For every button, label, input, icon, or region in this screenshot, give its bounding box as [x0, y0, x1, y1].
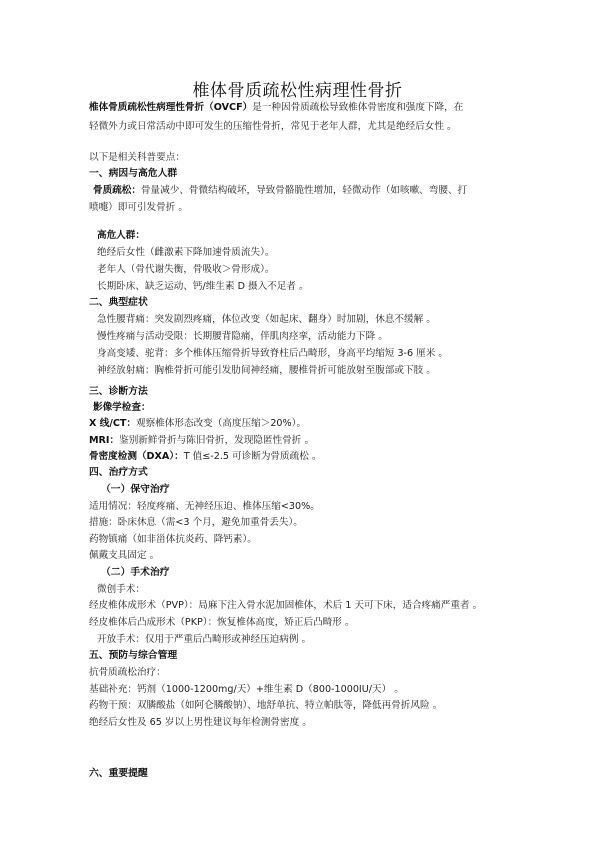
section-heading-5: 五、预防与综合管理 [89, 650, 177, 662]
conservative-item: 药物镇痛（如非甾体抗炎药、降钙素）。 [89, 534, 257, 546]
conservative-item: 佩戴支具固定 。 [89, 550, 159, 562]
conservative-item: 适用情况：轻度疼痛、无神经压迫、椎体压缩<30%。 [89, 501, 320, 513]
diagnosis-item: MRI：鉴别新鲜骨折与陈旧骨折，发现隐匿性骨折 。 [89, 435, 314, 447]
surgical-item: 经皮椎体后凸成形术（PKP）：恢复椎体高度，矫正后凸畸形 。 [89, 617, 355, 629]
intro-line-1: 椎体骨质疏松性病理性骨折（OVCF）是一种因骨质疏松导致椎体骨密度和强度下降，在 [89, 102, 463, 114]
prevention-lead: 抗骨质疏松治疗： [89, 667, 166, 679]
intro-text-1: 是一种因骨质疏松导致椎体骨密度和强度下降，在 [252, 102, 463, 113]
symptom-item: 身高变矮、驼背：多个椎体压缩骨折导致脊柱后凸畸形，身高平均缩短 3-6 厘米 。 [97, 348, 448, 360]
cause-label: 骨质疏松： [93, 185, 141, 196]
risk-label: 高危人群： [97, 230, 145, 242]
diagnosis-item-text: 鉴别新鲜骨折与陈旧骨折，发现隐匿性骨折 。 [119, 435, 314, 446]
document-page: 椎体骨质疏松性病理性骨折 椎体骨质疏松性病理性骨折（OVCF）是一种因骨质疏松导… [0, 0, 595, 841]
risk-item: 老年人（骨代谢失衡，骨吸收＞骨形成）。 [97, 264, 274, 276]
page-title: 椎体骨质疏松性病理性骨折 [0, 76, 595, 101]
intro-bold-term: 椎体骨质疏松性病理性骨折（OVCF） [89, 102, 252, 113]
section-heading-3: 三、诊断方法 [89, 386, 148, 398]
surgical-item: 经皮椎体成形术（PVP）：局麻下注入骨水泥加固椎体，术后 1 天可下床，适合疼痛… [89, 600, 482, 612]
minimally-invasive-label: 微创手术： [97, 584, 145, 596]
subheading-conservative: （一）保守治疗 [101, 484, 170, 496]
subheading-surgical: （二）手术治疗 [101, 567, 170, 579]
diagnosis-item-label: 骨密度检测（DXA）： [89, 451, 184, 462]
diagnosis-item-text: 观察椎体形态改变（高度压缩＞20%）。 [136, 418, 306, 429]
imaging-label: 影像学检查： [93, 402, 151, 414]
prevention-item: 基础补充：钙剂（1000-1200mg/天）+维生素 D（800-1000IU/… [89, 684, 404, 696]
cause-line-2: 喷嚏）即可引发骨折 。 [89, 202, 188, 214]
symptom-item: 慢性疼痛与活动受限：长期腰背隐痛，伴肌肉痉挛，活动能力下降 。 [97, 331, 388, 343]
section-heading-2: 二、典型症状 [89, 297, 148, 309]
prevention-item: 绝经后女性及 65 岁以上男性建议每年检测骨密度 。 [89, 717, 312, 729]
symptom-item: 急性腰背痛：突发剧烈疼痛，体位改变（如起床、翻身）时加剧，休息不缓解 。 [97, 314, 436, 326]
prevention-item: 药物干预：双膦酸盐（如阿仑膦酸钠）、地舒单抗、特立帕肽等，降低再骨折风险 。 [89, 700, 442, 712]
diagnosis-item-label: MRI： [89, 435, 119, 446]
lead-text: 以下是相关科普要点： [89, 152, 185, 164]
section-heading-6: 六、重要提醒 [89, 768, 148, 780]
symptom-item: 神经放射痛：胸椎骨折可能引发肋间神经痛，腰椎骨折可能放射至腹部或下肢 。 [97, 365, 436, 377]
diagnosis-item-text: T 值≤-2.5 可诊断为骨质疏松 。 [184, 451, 322, 462]
risk-item: 绝经后女性（雌激素下降加速骨质流失）。 [97, 247, 274, 259]
section-heading-1: 一、病因与高危人群 [89, 168, 177, 180]
diagnosis-item: 骨密度检测（DXA）：T 值≤-2.5 可诊断为骨质疏松 。 [89, 451, 321, 463]
section-heading-4: 四、治疗方式 [89, 467, 148, 479]
intro-line-2: 轻微外力或日常活动中即可发生的压缩性骨折，常见于老年人群，尤其是绝经后女性 。 [89, 121, 457, 133]
risk-item: 长期卧床、缺乏运动、钙/维生素 D 摄入不足者 。 [97, 281, 309, 293]
cause-text-1: 骨量减少、骨微结构破坏，导致骨骼脆性增加，轻微动作（如咳嗽、弯腰、打 [141, 185, 467, 196]
diagnosis-item-label: X 线/CT： [89, 418, 136, 429]
diagnosis-item: X 线/CT：观察椎体形态改变（高度压缩＞20%）。 [89, 418, 306, 430]
open-surgery: 开放手术：仅用于严重后凸畸形或神经压迫病例 。 [97, 634, 311, 646]
cause-line-1: 骨质疏松：骨量减少、骨微结构破坏，导致骨骼脆性增加，轻微动作（如咳嗽、弯腰、打 [93, 185, 467, 197]
conservative-item: 措施：卧床休息（需<3 个月，避免加重骨丢失）。 [89, 517, 303, 529]
